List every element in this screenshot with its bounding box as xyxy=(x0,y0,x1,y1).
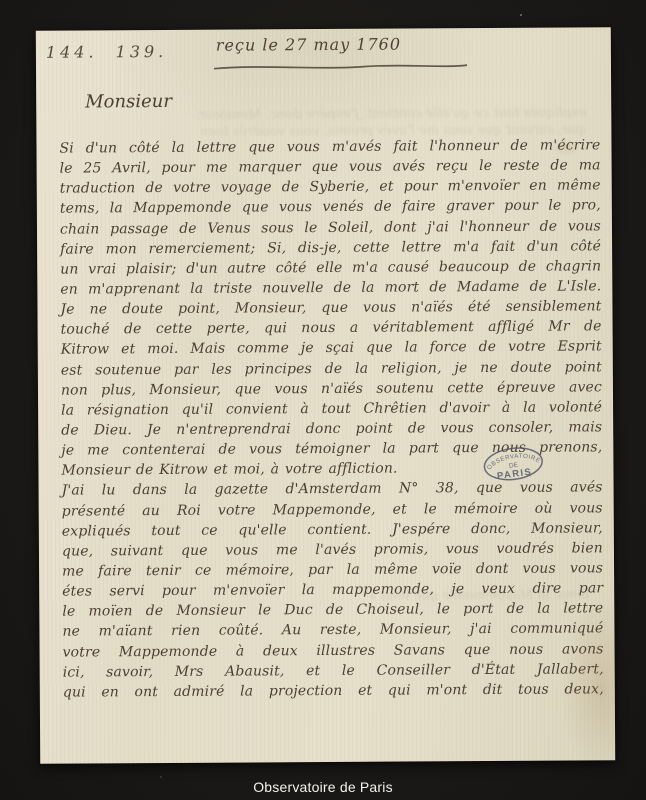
dust-speck xyxy=(160,776,162,778)
letter-line: Kitrow et moi. Mais comme je sçai que la… xyxy=(61,337,602,360)
folio-number: 144. 139. xyxy=(46,42,167,62)
letter-line: présenté au Roi votre Mappemonde, et le … xyxy=(62,498,603,521)
letter-line: tems, la Mappemonde que vous venés de fa… xyxy=(60,196,601,219)
letter-line: votre Mappemonde à deux illustres Savans… xyxy=(63,639,604,662)
letter-line: est soutenue par les principes de la rel… xyxy=(61,357,602,380)
received-date-underline xyxy=(212,61,470,73)
letter-page: 144. 139. reçu le 27 may 1760 expliqués … xyxy=(36,27,615,763)
letter-line: ne m'aïant rien coûté. Au reste, Monsieu… xyxy=(62,619,603,642)
stamp-bottom-text: PARIS xyxy=(496,467,532,482)
archive-caption: Observatoire de Paris xyxy=(0,779,646,795)
letter-body: Si d'un côté la lettre que vous m'avés f… xyxy=(59,135,603,702)
observatoire-de-paris-stamp: OBSERVATOIRE DE PARIS xyxy=(479,442,547,488)
salutation: Monsieur xyxy=(85,91,172,113)
bleed-through-text: expliqués tout ce qu'elle contient. J'es… xyxy=(186,105,586,122)
received-date-note: reçu le 27 may 1760 xyxy=(216,35,401,55)
dust-speck xyxy=(520,14,522,16)
letter-line: qui en ont admiré la projection et qui m… xyxy=(63,679,604,702)
